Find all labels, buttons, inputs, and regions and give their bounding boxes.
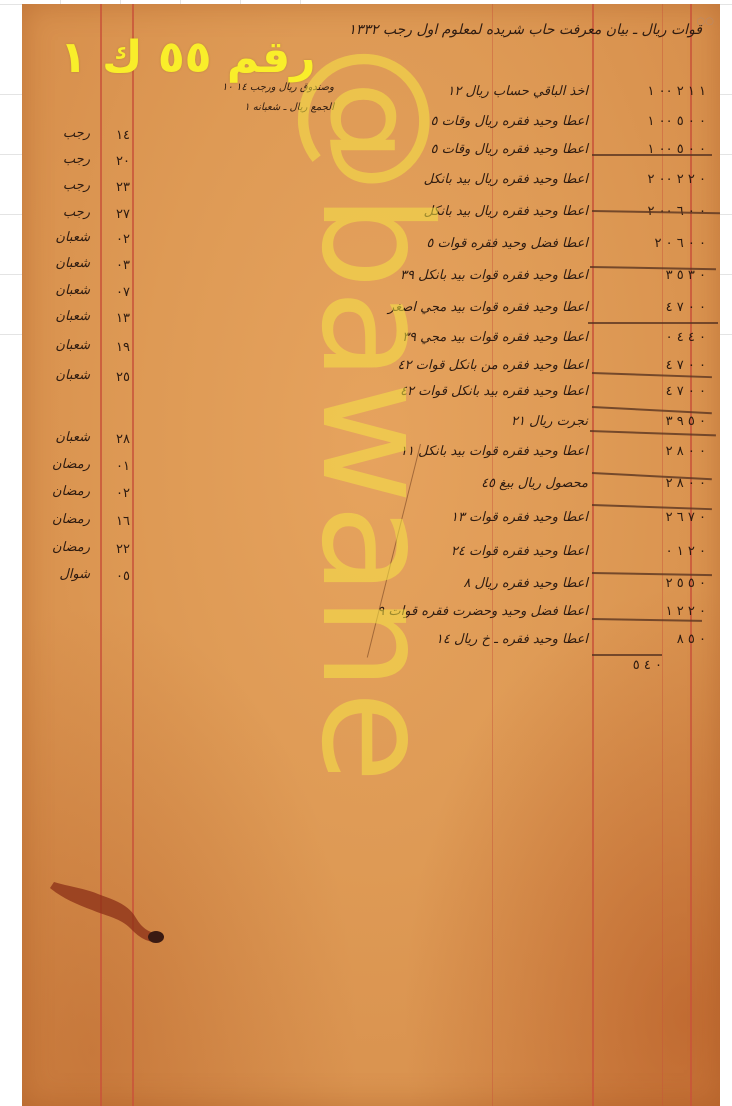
entry-amounts: ٠ ٧ ٦ ٢ <box>666 510 706 525</box>
date-month: رمضان <box>52 484 90 499</box>
date-day: ٠٢ <box>116 232 130 247</box>
date-month: رمضان <box>52 540 90 555</box>
date-month: شعبان <box>55 309 90 324</box>
entry-amounts: ٠ ٠ ٧ ٤ <box>666 384 706 399</box>
entry-description: اخذ الباقي حساب ريال ١٢ <box>447 84 588 99</box>
ledger-rule-line <box>592 572 712 576</box>
date-day: ٢٠ <box>116 154 130 169</box>
date-day: ٠٢ <box>116 486 130 501</box>
ink-stain <box>36 874 166 944</box>
date-day: ١٩ <box>116 340 130 355</box>
ledger-page: ○○ قوات ريال ـ بيان معرفت حاب شريده لمعل… <box>22 4 720 1106</box>
column-rule <box>662 4 663 1106</box>
date-day: ٢٣ <box>116 180 130 195</box>
date-day: ٢٧ <box>116 207 130 222</box>
date-month: شعبان <box>55 430 90 445</box>
date-day: ٢٥ <box>116 370 130 385</box>
entry-amounts: ٠ ٠ ٨ ٢ <box>666 444 706 459</box>
entry-amounts: ٠ ٥ ٥ ٢ <box>666 576 706 591</box>
date-month: رمضان <box>52 512 90 527</box>
entry-description: اعطا وحيد فقره قوات ١٣ <box>451 510 588 525</box>
date-day: ١٦ <box>116 514 130 529</box>
date-month: رجب <box>63 205 90 220</box>
date-day: ٢٢ <box>116 542 130 557</box>
date-month: شعبان <box>55 256 90 271</box>
entry-description: اعطا وحيد فقره قوات ٢٤ <box>451 544 588 559</box>
entry-amounts: ٠ ٥ ٨ <box>677 632 706 647</box>
ledger-rule-line <box>588 322 718 324</box>
date-day: ٠٧ <box>116 285 130 300</box>
entry-amounts: ٠ ٢ ١ ٠ <box>666 544 706 559</box>
date-month: شعبان <box>55 338 90 353</box>
date-month: شوال <box>59 567 90 582</box>
ledger-rule-line <box>592 406 712 414</box>
header-line: قوات ريال ـ بيان معرفت حاب شريده لمعلوم … <box>348 22 702 38</box>
date-day: ٢٨ <box>116 432 130 447</box>
ledger-rule-line <box>592 154 712 156</box>
watermark-handle: @bawane <box>288 44 462 783</box>
date-month: رجب <box>63 152 90 167</box>
entry-amounts: ٠ ٠ ٧ ٤ <box>666 300 706 315</box>
ledger-rule-line <box>590 430 716 436</box>
entry-amounts: ٠ ٤ ٤ ٠ <box>666 330 706 345</box>
ledger-rule-line <box>590 266 716 270</box>
total-amounts: ٠ ٤ ٥ <box>633 658 662 673</box>
entry-amounts: ٠ ٢ ٢ ٠٠ ٢ <box>648 172 706 187</box>
entry-amounts: ١ ١ ٢ ٠٠ ١ <box>648 84 706 99</box>
date-day: ٠٥ <box>116 569 130 584</box>
column-rule <box>592 4 594 1106</box>
entry-amounts: ٠ ٥ ٩ ٣ <box>666 414 706 429</box>
date-month: شعبان <box>55 230 90 245</box>
date-month: شعبان <box>55 368 90 383</box>
entry-amounts: ٠ ٣ ٥ ٣ <box>666 268 706 283</box>
entry-description: نجرت ريال ٢١ <box>511 414 588 429</box>
document-reference-watermark: رقم ٥٥ ك ١ <box>60 32 316 83</box>
date-day: ٠١ <box>116 459 130 474</box>
ledger-rule-line <box>592 504 712 510</box>
entry-amounts: ٠ ٠ ٦ ٠ ٢ <box>655 236 706 251</box>
entry-amounts: ٠ ٢ ٢ ١ <box>666 604 706 619</box>
date-month: رجب <box>63 178 90 193</box>
date-day: ١٣ <box>116 311 130 326</box>
entry-description: اعطا وحيد فقره ريال ٨ <box>463 576 588 591</box>
date-month: رجب <box>63 126 90 141</box>
date-day: ٠٣ <box>116 258 130 273</box>
entry-amounts: ٠ ٠ ٧ ٤ <box>666 358 706 373</box>
date-month: رمضان <box>52 457 90 472</box>
entry-amounts: ٠ ٠ ٥ ٠٠ ١ <box>648 114 706 129</box>
entry-description: محصول ريال بيغ ٤٥ <box>481 476 588 491</box>
date-day: ١٤ <box>116 128 130 143</box>
date-month: شعبان <box>55 283 90 298</box>
ledger-rule-line <box>592 654 662 656</box>
